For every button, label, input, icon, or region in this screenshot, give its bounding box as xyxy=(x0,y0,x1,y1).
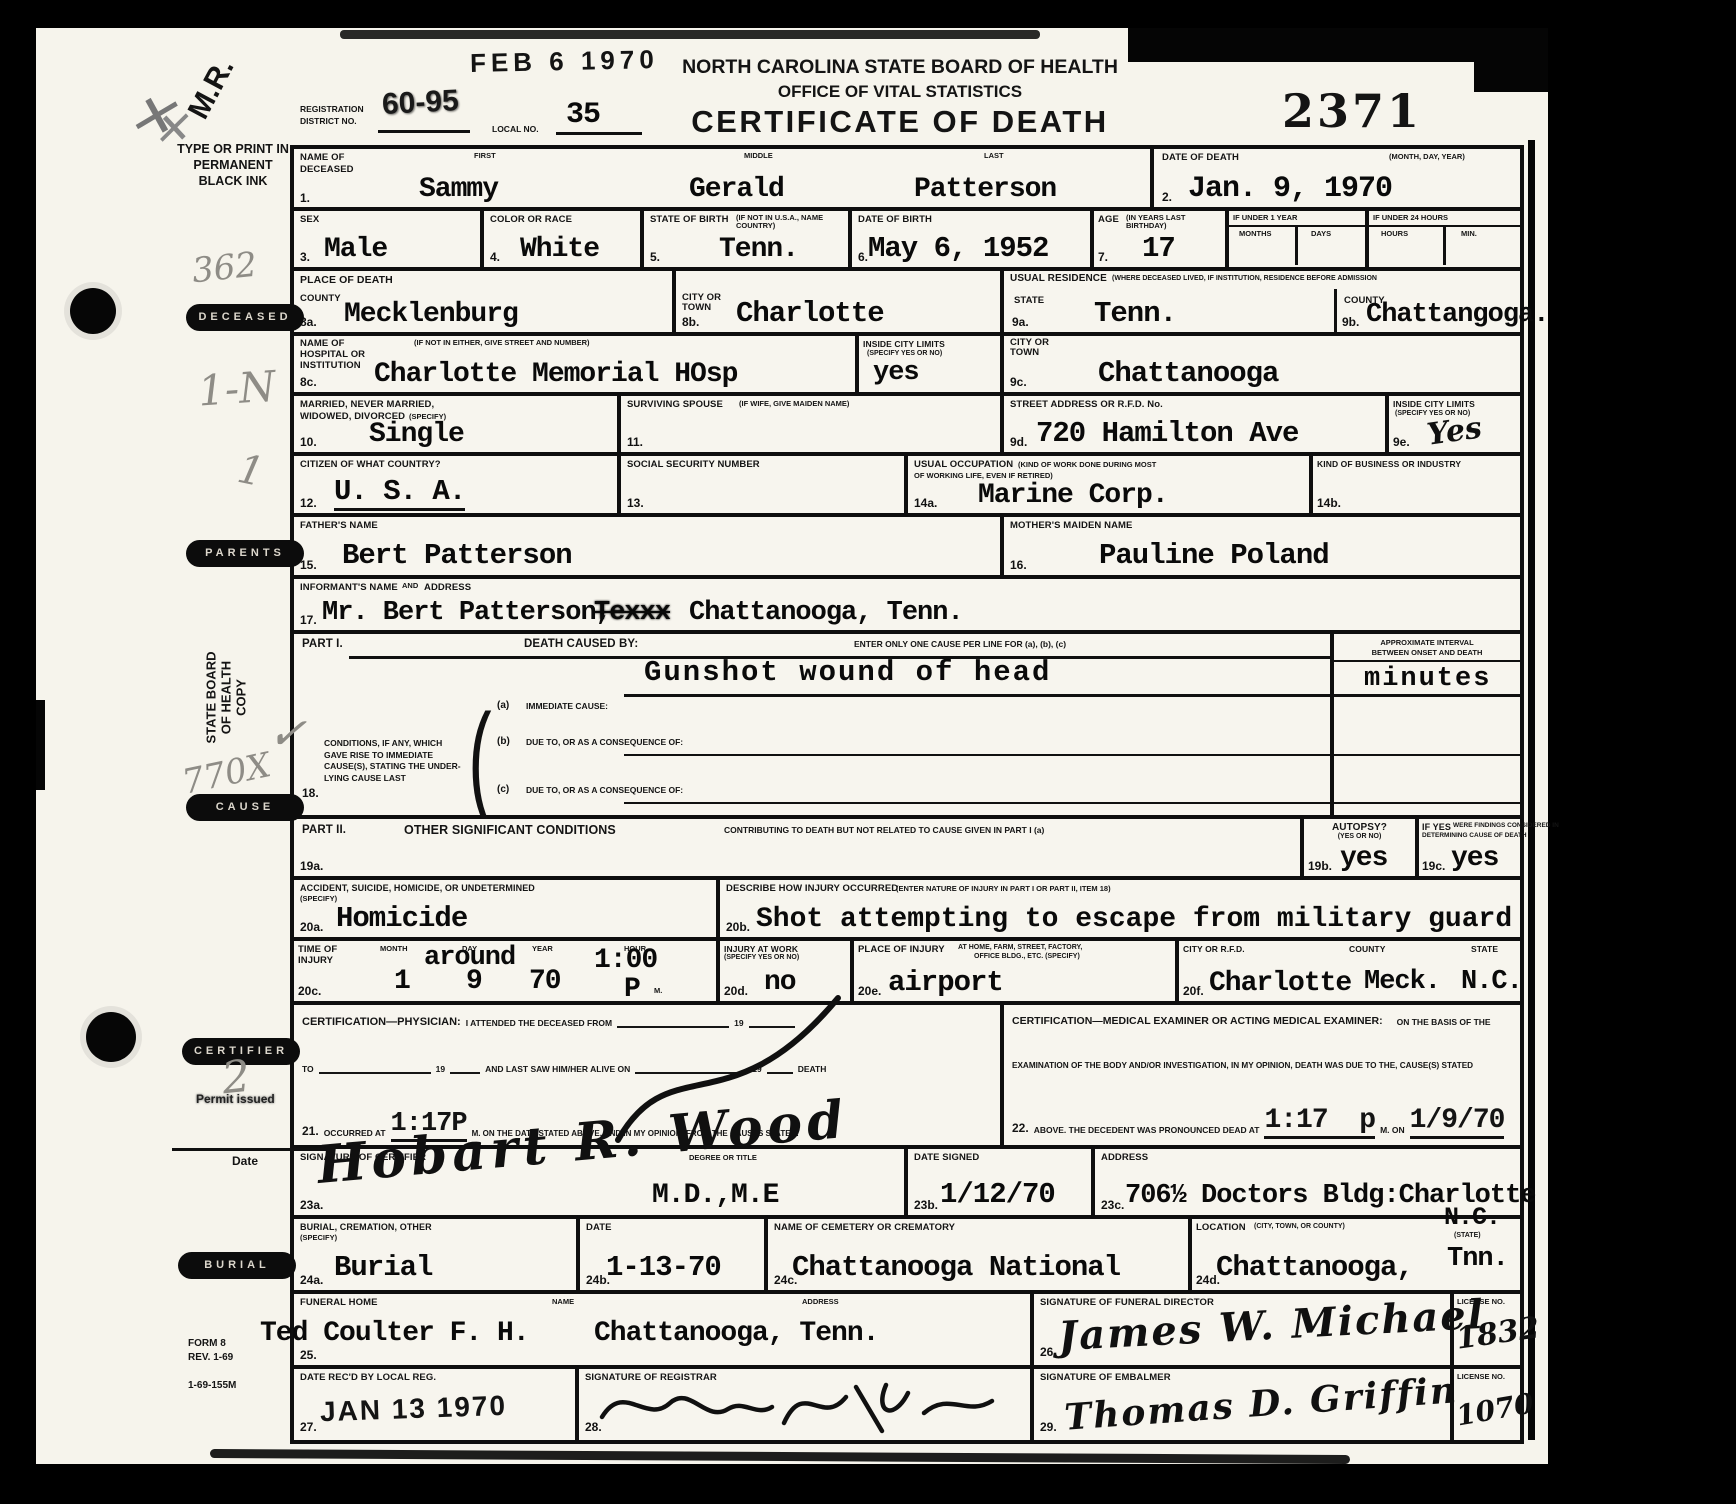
field-age: AGE (IN YEARS LAST BIRTHDAY) 7. 17 xyxy=(1094,211,1225,267)
field-street-address: STREET ADDRESS OR R.F.D. No. 9d. 720 Ham… xyxy=(1004,396,1385,452)
field-ssn: SOCIAL SECURITY NUMBER 13. xyxy=(621,456,904,513)
field-father: FATHER'S NAME 15. Bert Patterson xyxy=(294,517,1000,575)
marital-label-1: MARRIED, NEVER MARRIED, xyxy=(300,399,434,410)
street-label: STREET ADDRESS OR R.F.D. No. xyxy=(1010,399,1163,410)
cloc-state-value: Tnn. xyxy=(1447,1244,1508,1274)
funeral-home-name-value: Ted Coulter F. H. xyxy=(260,1318,529,1349)
autopsy-value: yes xyxy=(1340,843,1387,874)
res-county-value: Chattangoga. xyxy=(1366,300,1548,330)
interval-rule-3 xyxy=(1334,754,1520,756)
exam-item-22: 22. xyxy=(1012,1121,1029,1135)
interval-rule-4 xyxy=(1334,802,1520,804)
interval-rule-2 xyxy=(1334,694,1520,697)
name-item-number: 1. xyxy=(300,191,310,205)
dod-label: DATE OF DEATH xyxy=(1162,152,1239,163)
paper-fold-line xyxy=(1528,140,1535,1440)
embalmer-number: 29. xyxy=(1040,1420,1057,1434)
age-value: 17 xyxy=(1142,232,1175,265)
dob-value: May 6, 1952 xyxy=(868,232,1048,265)
place-sub: AT HOME, FARM, STREET, FACTORY, xyxy=(958,944,1082,951)
blank-line xyxy=(450,1061,480,1074)
license2-label: LICENSE NO. xyxy=(1457,1372,1505,1381)
sex-label: SEX xyxy=(300,214,319,225)
burial-label: BURIAL, CREMATION, OTHER xyxy=(300,1222,432,1232)
icl2-number: 9e. xyxy=(1393,435,1410,449)
deceased-first-name: Sammy xyxy=(419,174,498,205)
marital-number: 10. xyxy=(300,435,317,449)
injloc-county-value: Meck. xyxy=(1364,967,1440,997)
scanned-death-certificate: FEB 6 1970 NORTH CAROLINA STATE BOARD OF… xyxy=(0,0,1736,1504)
industry-label: KIND OF BUSINESS OR INDUSTRY xyxy=(1317,459,1461,469)
interval-rule-1 xyxy=(1334,660,1520,662)
field-if-under-24-hours: IF UNDER 24 HOURS HOURS MIN. xyxy=(1369,211,1520,267)
residence-header: USUAL RESIDENCE xyxy=(1010,273,1107,284)
registration-underline xyxy=(378,130,470,133)
item-18-number: 18. xyxy=(302,786,319,800)
time-year-header: YEAR xyxy=(532,944,553,953)
funeral-home-number: 25. xyxy=(300,1348,317,1362)
registration-district-label-2: DISTRICT NO. xyxy=(300,116,357,126)
dod-value: Jan. 9, 1970 xyxy=(1188,172,1392,206)
pod-county-value: Mecklenburg xyxy=(344,299,518,330)
field-sex: SEX 3. Male xyxy=(294,211,480,267)
injloc-state-label: STATE xyxy=(1471,944,1498,954)
org-name: NORTH CAROLINA STATE BOARD OF HEALTH xyxy=(620,56,1180,79)
field-injury-location: CITY OR R.F.D. COUNTY STATE 20f. Charlot… xyxy=(1179,941,1520,1001)
field-race: COLOR OR RACE 4. White xyxy=(484,211,640,267)
atwork-sub: (SPECIFY YES OR NO) xyxy=(724,954,799,961)
field-part2: PART II. OTHER SIGNIFICANT CONDITIONS CO… xyxy=(294,819,1300,876)
interval-label-1: APPROXIMATE INTERVAL xyxy=(1334,638,1520,647)
time-year-value: 70 xyxy=(529,966,561,997)
mother-number: 16. xyxy=(1010,558,1027,572)
cause-b-underline xyxy=(624,754,1330,756)
date-signed-value: 1/12/70 xyxy=(940,1178,1055,1211)
phys-attended-from: I ATTENDED THE DECEASED FROM xyxy=(466,1018,612,1028)
field-if-under-1-year: IF UNDER 1 YEAR MONTHS DAYS xyxy=(1229,211,1365,267)
form-number-2: REV. 1-69 xyxy=(188,1352,233,1363)
cause-c-underline xyxy=(624,802,1330,804)
u1-days-label: DAYS xyxy=(1311,229,1331,238)
exam-label: CERTIFICATION—MEDICAL EXAMINER OR ACTING… xyxy=(1012,1015,1383,1027)
name-col-first: FIRST xyxy=(474,151,496,160)
embalmer-label: SIGNATURE OF EMBALMER xyxy=(1040,1372,1171,1383)
form-number-3: 1-69-155M xyxy=(188,1380,236,1391)
registration-district-label-1: REGISTRATION xyxy=(300,104,364,114)
deceased-middle-name: Gerald xyxy=(689,174,784,205)
res-state-number: 9a. xyxy=(1012,315,1029,329)
phys-to: TO xyxy=(302,1064,314,1074)
occupation-sub2: OF WORKING LIFE, EVEN IF RETIRED) xyxy=(914,471,1053,480)
date-signed-number: 23b. xyxy=(914,1198,938,1212)
mother-value: Pauline Poland xyxy=(1099,539,1329,572)
certificate-form: NAME OF DECEASED FIRST MIDDLE LAST 1. Sa… xyxy=(290,145,1524,1444)
autopsy-label: AUTOPSY? xyxy=(1304,822,1415,833)
father-number: 15. xyxy=(300,558,317,572)
time-label-1: TIME OF xyxy=(298,944,337,955)
copy-line-2: OF HEALTH xyxy=(219,651,234,743)
age-sub: (IN YEARS LAST BIRTHDAY) xyxy=(1126,214,1221,230)
funeral-home-name-header: NAME xyxy=(552,1297,574,1306)
registrar-signature xyxy=(594,1373,1024,1437)
date-received-stamp: JAN 13 1970 xyxy=(319,1390,507,1429)
field-funeral-home: FUNERAL HOME NAME ADDRESS 25. Ted Coulte… xyxy=(294,1294,1030,1365)
name-col-middle: MIDDLE xyxy=(744,151,773,160)
pod-city-label: CITY OR TOWN xyxy=(682,293,726,313)
field-place-of-death-county: PLACE OF DEATH COUNTY 8a. Mecklenburg xyxy=(294,271,672,332)
burial-sub: (SPECIFY) xyxy=(300,1233,337,1242)
injloc-city-value: Charlotte xyxy=(1209,968,1351,999)
atwork-label: INJURY AT WORK xyxy=(724,944,798,954)
manner-number: 20a. xyxy=(300,920,323,934)
race-value: White xyxy=(520,234,599,265)
scan-artifact-left-edge xyxy=(36,700,45,790)
bstate-value: Tenn. xyxy=(719,234,798,265)
u1-divider-v xyxy=(1295,225,1298,265)
copy-line-1: STATE BOARD xyxy=(204,651,219,743)
field-date-signed: DATE SIGNED 23b. 1/12/70 xyxy=(908,1149,1091,1215)
field-place-of-injury: PLACE OF INJURY AT HOME, FARM, STREET, F… xyxy=(854,941,1175,1001)
immediate-cause-value: Gunshot wound of head xyxy=(644,656,1051,689)
margin-xmark-2: ✕ xyxy=(149,102,191,157)
field-inside-city-limits-2: INSIDE CITY LIMITS (SPECIFY YES OR NO) 9… xyxy=(1389,396,1520,452)
part2-label: PART II. xyxy=(302,824,346,836)
part1-death-caused-by: DEATH CAUSED BY: xyxy=(524,638,638,650)
field-residence-city: CITY OR TOWN 9c. Chattanooga xyxy=(1004,336,1520,392)
field-mother: MOTHER'S MAIDEN NAME 16. Pauline Poland xyxy=(1004,517,1520,575)
how-number: 20b. xyxy=(726,920,750,934)
exam-date-value: 1/9/70 xyxy=(1410,1105,1505,1139)
res-city-number: 9c. xyxy=(1010,375,1027,389)
occupation-label: USUAL OCCUPATION xyxy=(914,459,1013,470)
cemetery-value: Chattanooga National xyxy=(792,1251,1120,1284)
u24-divider-v xyxy=(1443,225,1446,265)
margin-checkmark: ✓ xyxy=(266,705,308,762)
bstate-label: STATE OF BIRTH xyxy=(650,214,729,225)
field-date-received: DATE REC'D BY LOCAL REG. 27. JAN 13 1970 xyxy=(294,1369,575,1440)
findings-label-3: DETERMINING CAUSE OF DEATH xyxy=(1422,832,1527,839)
hospital-label-1: NAME OF xyxy=(300,338,345,349)
mother-label: MOTHER'S MAIDEN NAME xyxy=(1010,520,1132,531)
part2-title: OTHER SIGNIFICANT CONDITIONS xyxy=(404,823,616,837)
exam-investigation: EXAMINATION OF THE BODY AND/OR INVESTIGA… xyxy=(1012,1061,1473,1070)
race-label: COLOR OR RACE xyxy=(490,214,572,225)
age-item-number: 7. xyxy=(1098,250,1108,264)
document-title: CERTIFICATE OF DEATH xyxy=(620,104,1180,140)
u24-hours-label: HOURS xyxy=(1381,229,1408,238)
degree-value: M.D.,M.E xyxy=(652,1180,778,1211)
interval-value: minutes xyxy=(1364,664,1491,694)
field-occupation: USUAL OCCUPATION (KIND OF WORK DONE DURI… xyxy=(908,456,1309,513)
burial-value: Burial xyxy=(334,1251,432,1284)
icl2-value-handwritten: Yes xyxy=(1425,410,1484,452)
spouse-label: SURVIVING SPOUSE xyxy=(627,399,723,410)
local-no-label: LOCAL NO. xyxy=(492,124,539,134)
findings-number: 19c. xyxy=(1422,859,1445,873)
cemetery-label: NAME OF CEMETERY OR CREMATORY xyxy=(774,1222,955,1233)
local-no-underline xyxy=(556,132,642,135)
margin-note-2: 2 xyxy=(219,1051,252,1105)
scan-artifact-top-right2 xyxy=(1474,28,1548,92)
ssn-label: SOCIAL SECURITY NUMBER xyxy=(627,459,760,470)
funeral-home-address-header: ADDRESS xyxy=(802,1297,839,1306)
exam-pronounced: ABOVE. THE DECEDENT WAS PRONOUNCED DEAD … xyxy=(1034,1125,1260,1135)
margin-note-1n: 1-N xyxy=(196,361,277,415)
place-sub2: OFFICE BLDG., ETC. (SPECIFY) xyxy=(974,953,1080,960)
how-label: DESCRIBE HOW INJURY OCCURRED xyxy=(726,883,898,894)
cloc-state-sub: (STATE) xyxy=(1454,1232,1481,1239)
cause-a-underline xyxy=(624,694,1330,697)
injloc-number: 20f. xyxy=(1183,984,1204,998)
cloc-label: LOCATION xyxy=(1196,1222,1246,1233)
burial-number: 24a. xyxy=(300,1273,323,1287)
cause-a-label: IMMEDIATE CAUSE: xyxy=(526,701,608,711)
manner-value: Homicide xyxy=(336,902,467,935)
res-divider xyxy=(1334,289,1337,332)
field-embalmer: SIGNATURE OF EMBALMER 29. Thomas D. Grif… xyxy=(1034,1369,1450,1440)
phys-label: CERTIFICATION—PHYSICIAN: xyxy=(302,1016,461,1028)
field-usual-residence: USUAL RESIDENCE (WHERE DECEASED LIVED, I… xyxy=(1004,271,1520,332)
hospital-label-3: INSTITUTION xyxy=(300,360,361,371)
tab-burial: BURIAL xyxy=(178,1252,296,1279)
signature-flourish xyxy=(600,988,860,1148)
deceased-last-name: Patterson xyxy=(914,174,1056,205)
blank-line xyxy=(319,1061,431,1074)
cause-b-label: DUE TO, OR AS A CONSEQUENCE OF: xyxy=(526,737,683,747)
time-month-value: 1 xyxy=(394,966,410,997)
field-autopsy: AUTOPSY? (YES OR NO) 19b. yes xyxy=(1304,819,1415,876)
res-city-label: CITY OR TOWN xyxy=(1010,338,1058,358)
findings-label-2: WERE FINDINGS CONSIDERED IN xyxy=(1453,822,1559,829)
registration-district-value: 60-95 xyxy=(381,84,459,122)
informant-label-address: ADDRESS xyxy=(424,582,471,593)
address-number: 23c. xyxy=(1101,1198,1124,1212)
interval-label-2: BETWEEN ONSET AND DEATH xyxy=(1334,648,1520,657)
sex-item-number: 3. xyxy=(300,250,310,264)
org-office: OFFICE OF VITAL STATISTICS xyxy=(620,82,1180,102)
scan-artifact-top-streak xyxy=(340,30,1040,39)
field-date-of-birth: DATE OF BIRTH 6. May 6, 1952 xyxy=(852,211,1090,267)
informant-value-pre: Mr. Bert Patterson, xyxy=(322,598,611,628)
pod-header: PLACE OF DEATH xyxy=(300,274,393,286)
field-signature-certifier: SIGNATURE OF CERTIFIER DEGREE OR TITLE 2… xyxy=(294,1149,904,1215)
copy-line-3: COPY xyxy=(234,651,249,743)
field-interval: APPROXIMATE INTERVAL BETWEEN ONSET AND D… xyxy=(1334,634,1520,815)
dob-item-number: 6. xyxy=(858,250,868,264)
margin-note-362: 362 xyxy=(190,245,259,292)
name-label-1: NAME OF xyxy=(300,152,345,163)
dod-sub: (MONTH, DAY, YEAR) xyxy=(1389,152,1465,161)
age-label: AGE xyxy=(1098,214,1119,225)
citizen-label: CITIZEN OF WHAT COUNTRY? xyxy=(300,459,441,470)
place-label: PLACE OF INJURY xyxy=(858,944,945,955)
findings-label-ifyes: IF YES xyxy=(1422,822,1451,832)
cause-a-prefix: (a) xyxy=(497,700,509,711)
field-date-of-death: DATE OF DEATH (MONTH, DAY, YEAR) 2. Jan.… xyxy=(1154,149,1520,207)
res-state-label: STATE xyxy=(1014,295,1044,306)
injloc-county-label: COUNTY xyxy=(1349,944,1386,954)
field-cemetery: NAME OF CEMETERY OR CREMATORY 24c. Chatt… xyxy=(768,1219,1188,1290)
field-burial-date: DATE 24b. 1-13-70 xyxy=(580,1219,764,1290)
manner-label: ACCIDENT, SUICIDE, HOMICIDE, OR UNDETERM… xyxy=(300,883,535,893)
sex-value: Male xyxy=(324,234,387,265)
citizen-value: U. S. A. xyxy=(334,475,465,511)
field-license-2: LICENSE NO. 1070 xyxy=(1454,1369,1520,1440)
street-number: 9d. xyxy=(1010,435,1027,449)
injloc-state-value: N.C. xyxy=(1461,967,1522,997)
informant-label-and: AND xyxy=(402,581,418,590)
father-label: FATHER'S NAME xyxy=(300,520,378,531)
res-city-value: Chattanooga xyxy=(1098,357,1278,390)
marital-value: Single xyxy=(369,419,464,450)
print-instruction-3: BLACK INK xyxy=(158,174,308,188)
conditions-brace: ( xyxy=(468,696,491,820)
informant-value-struck: Texxx xyxy=(594,598,670,628)
spouse-number: 11. xyxy=(627,435,643,449)
field-certification-examiner: CERTIFICATION—MEDICAL EXAMINER OR ACTING… xyxy=(1004,1005,1520,1145)
residence-sub: (WHERE DECEASED LIVED, IF INSTITUTION, R… xyxy=(1112,275,1377,282)
res-state-value: Tenn. xyxy=(1094,297,1176,330)
field-marital-status: MARRIED, NEVER MARRIED, WIDOWED, DIVORCE… xyxy=(294,396,617,452)
tab-deceased: DECEASED xyxy=(186,304,304,331)
date-label: Date xyxy=(232,1154,258,1168)
occupation-sub: (KIND OF WORK DONE DURING MOST xyxy=(1018,460,1156,469)
part1-note: ENTER ONLY ONE CAUSE PER LINE FOR (a), (… xyxy=(854,639,1066,649)
form-number-1: FORM 8 xyxy=(188,1338,226,1349)
informant-label: INFORMANT'S NAME xyxy=(300,582,398,593)
cloc-value: Chattanooga, xyxy=(1216,1251,1413,1284)
address-label: ADDRESS xyxy=(1101,1152,1148,1163)
autopsy-sub: (YES OR NO) xyxy=(1304,833,1415,840)
icl2-label: INSIDE CITY LIMITS xyxy=(1393,399,1475,409)
print-instruction-2: PERMANENT xyxy=(158,158,308,172)
date-received-number: 27. xyxy=(300,1420,317,1434)
how-value: Shot attempting to escape from military … xyxy=(756,904,1512,935)
u24-min-label: MIN. xyxy=(1461,229,1477,238)
occupation-number: 14a. xyxy=(914,496,937,510)
time-day-value: 9 xyxy=(466,966,482,997)
cause-b-prefix: (b) xyxy=(497,736,510,747)
icl1-sub: (SPECIFY YES OR NO) xyxy=(867,350,942,357)
date-rule xyxy=(172,1148,334,1151)
spouse-sub: (IF WIFE, GIVE MAIDEN NAME) xyxy=(739,399,849,408)
dod-item-number: 2. xyxy=(1162,190,1172,204)
pod-city-value: Charlotte xyxy=(736,297,884,330)
name-col-last: LAST xyxy=(984,151,1004,160)
cause-c-label: DUE TO, OR AS A CONSEQUENCE OF: xyxy=(526,785,683,795)
exam-basis: ON THE BASIS OF THE xyxy=(1397,1017,1491,1027)
field-findings: IF YES WERE FINDINGS CONSIDERED IN DETER… xyxy=(1419,819,1520,876)
occupation-value: Marine Corp. xyxy=(978,480,1168,511)
place-number: 20e. xyxy=(858,984,881,998)
certificate-number: 2371 xyxy=(1282,84,1422,138)
pod-county-label: COUNTY xyxy=(300,293,341,304)
street-value: 720 Hamilton Ave xyxy=(1036,417,1298,450)
bstate-item-number: 5. xyxy=(650,250,660,264)
field-industry: KIND OF BUSINESS OR INDUSTRY 14b. xyxy=(1313,456,1520,513)
u1-months-label: MONTHS xyxy=(1239,229,1272,238)
icl1-value: yes xyxy=(873,358,919,388)
field-burial-type: BURIAL, CREMATION, OTHER (SPECIFY) 24a. … xyxy=(294,1219,576,1290)
cloc-sub: (CITY, TOWN, OR COUNTY) xyxy=(1254,1223,1345,1230)
field-name-of-deceased: NAME OF DECEASED FIRST MIDDLE LAST 1. Sa… xyxy=(294,149,1150,207)
time-month-header: MONTH xyxy=(380,944,408,953)
local-no-value: 35 xyxy=(566,98,600,132)
field-state-of-birth: STATE OF BIRTH (IF NOT IN U.S.A., NAME C… xyxy=(644,211,848,267)
name-label-2: DECEASED xyxy=(300,164,354,175)
address-overflow-nc: N.C. xyxy=(1444,1203,1500,1232)
field-funeral-director: SIGNATURE OF FUNERAL DIRECTOR 26. James … xyxy=(1034,1294,1450,1365)
date-received-label: DATE REC'D BY LOCAL REG. xyxy=(300,1372,436,1383)
time-hour-value: 1:00 xyxy=(594,945,657,976)
field-place-of-death-city: CITY OR TOWN 8b. Charlotte xyxy=(676,271,1000,332)
injloc-city-label: CITY OR R.F.D. xyxy=(1183,944,1245,954)
u1-label: IF UNDER 1 YEAR xyxy=(1233,213,1297,222)
hospital-sub: (IF NOT IN EITHER, GIVE STREET AND NUMBE… xyxy=(414,338,590,347)
bstate-sub: (IF NOT IN U.S.A., NAME COUNTRY) xyxy=(736,214,841,230)
u24-label: IF UNDER 24 HOURS xyxy=(1373,213,1448,222)
field-informant: INFORMANT'S NAME AND ADDRESS 17. Mr. Ber… xyxy=(294,579,1520,630)
informant-number: 17. xyxy=(300,613,317,627)
autopsy-number: 19b. xyxy=(1308,859,1332,873)
conditions-note: CONDITIONS, IF ANY, WHICH GAVE RISE TO I… xyxy=(324,738,466,784)
pod-city-number: 8b. xyxy=(682,315,699,329)
field-hospital: NAME OF HOSPITAL OR INSTITUTION (IF NOT … xyxy=(294,336,855,392)
informant-value-post: Chattanooga, Tenn. xyxy=(689,598,963,628)
time-label-2: INJURY xyxy=(298,955,333,966)
citizen-number: 12. xyxy=(300,496,317,510)
industry-number: 14b. xyxy=(1317,496,1341,510)
part1-label: PART I. xyxy=(302,638,343,650)
field-citizen: CITIZEN OF WHAT COUNTRY? 12. U. S. A. xyxy=(294,456,617,513)
csig-number: 23a. xyxy=(300,1198,323,1212)
icl1-label: INSIDE CITY LIMITS xyxy=(863,339,945,349)
time-number: 20c. xyxy=(298,984,321,998)
field-surviving-spouse: SURVIVING SPOUSE (IF WIFE, GIVE MAIDEN N… xyxy=(621,396,1000,452)
funeral-home-label: FUNERAL HOME xyxy=(300,1297,378,1308)
funeral-home-address-value: Chattanooga, Tenn. xyxy=(594,1318,878,1349)
res-county-number: 9b. xyxy=(1342,315,1359,329)
field-inside-city-limits-1: INSIDE CITY LIMITS (SPECIFY YES OR NO) y… xyxy=(859,336,1000,392)
punch-hole-bottom xyxy=(86,1012,136,1062)
part2-note: CONTRIBUTING TO DEATH BUT NOT RELATED TO… xyxy=(724,825,1044,835)
hospital-value: Charlotte Memorial HOsp xyxy=(374,359,737,390)
father-value: Bert Patterson xyxy=(342,539,572,572)
cause-c-prefix: (c) xyxy=(497,784,509,795)
exam-time-value: 1:17 p xyxy=(1264,1105,1375,1139)
race-item-number: 4. xyxy=(490,250,500,264)
part2-number: 19a. xyxy=(300,859,323,873)
hospital-number: 8c. xyxy=(300,375,317,389)
how-sub: (ENTER NATURE OF INJURY IN PART I OR PAR… xyxy=(896,884,1111,893)
punch-hole-top xyxy=(70,288,116,334)
phys-19-2: 19 xyxy=(436,1064,445,1074)
burial-date-label: DATE xyxy=(586,1222,612,1233)
manner-sub: (SPECIFY) xyxy=(300,894,337,903)
field-cemetery-location: LOCATION (CITY, TOWN, OR COUNTY) (STATE)… xyxy=(1192,1219,1520,1290)
director-number: 26. xyxy=(1040,1345,1057,1359)
tab-parents: PARENTS xyxy=(186,540,304,567)
field-how-injury: DESCRIBE HOW INJURY OCCURRED (ENTER NATU… xyxy=(720,880,1520,937)
exam-m-on: M. ON xyxy=(1380,1125,1405,1135)
dob-label: DATE OF BIRTH xyxy=(858,214,932,225)
license2-value: 1070 xyxy=(1454,1386,1536,1432)
findings-value: yes xyxy=(1451,843,1498,874)
hospital-label-2: HOSPITAL OR xyxy=(300,349,365,360)
field-registrar: SIGNATURE OF REGISTRAR 28. xyxy=(579,1369,1030,1440)
field-part1-cause: PART I. DEATH CAUSED BY: ENTER ONLY ONE … xyxy=(294,634,1330,815)
place-value: airport xyxy=(888,966,1003,999)
